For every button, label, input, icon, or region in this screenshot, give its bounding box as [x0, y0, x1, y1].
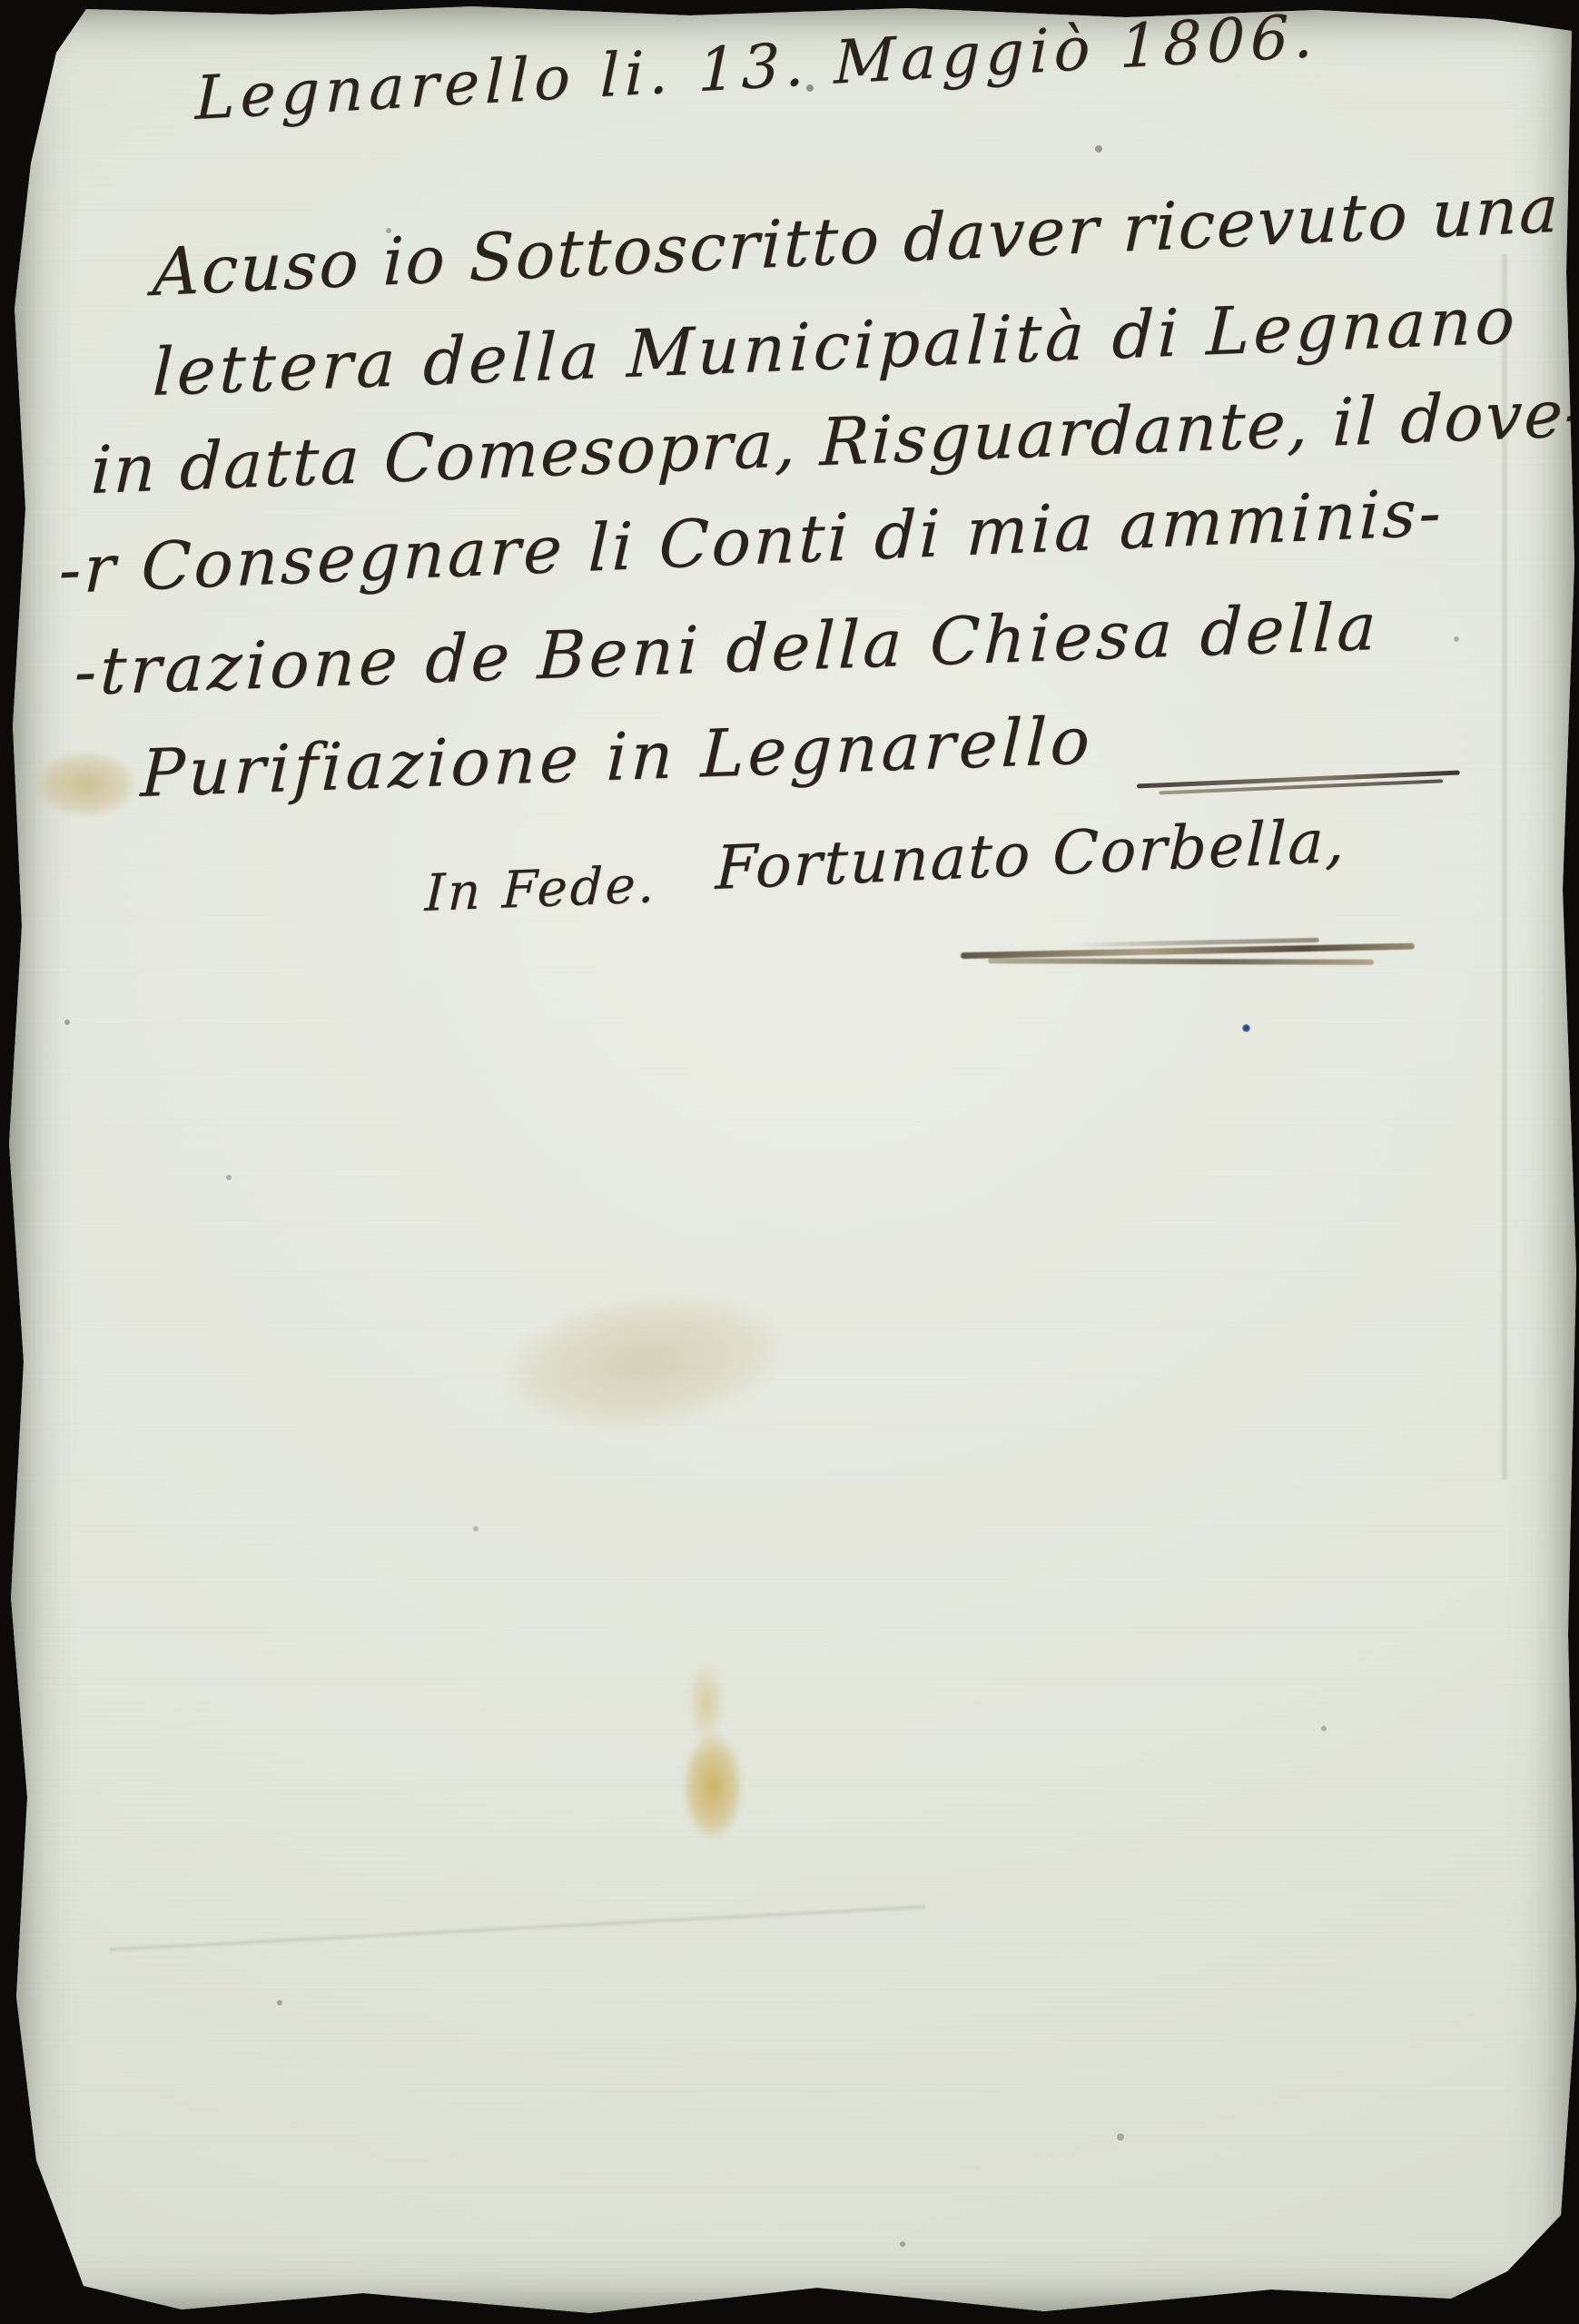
- dateline: Legnarello li. 13. Maggiò 1806.: [194, 1, 1318, 133]
- paper-crease-bottom: [109, 1903, 925, 1953]
- stain-bottom-tail: [688, 1661, 725, 1743]
- blue-ink-dot: [1242, 1024, 1250, 1032]
- signature-flourish: [961, 936, 1416, 980]
- ink-speckles: [0, 0, 4, 4]
- signature-flourish-stroke-2: [988, 958, 1374, 964]
- paper-sheet: Legnarello li. 13. Maggiò 1806. Acuso io…: [0, 0, 1579, 2324]
- scan-background: Legnarello li. 13. Maggiò 1806. Acuso io…: [0, 0, 1579, 2324]
- ink-dash-stroke: [1137, 767, 1461, 799]
- attestation-text: In Fede.: [424, 855, 658, 923]
- body-line-6: Purifiazione in Legnarello: [140, 702, 1095, 812]
- signature-text: Fortunato Corbella,: [715, 806, 1347, 903]
- stain-center: [501, 1280, 789, 1443]
- stain-bottom: [674, 1705, 752, 1841]
- stain-left-edge: [36, 752, 136, 817]
- signature-flourish-stroke-1: [961, 943, 1415, 959]
- body-line-5: -trazione de Beni della Chiesa della: [74, 588, 1381, 710]
